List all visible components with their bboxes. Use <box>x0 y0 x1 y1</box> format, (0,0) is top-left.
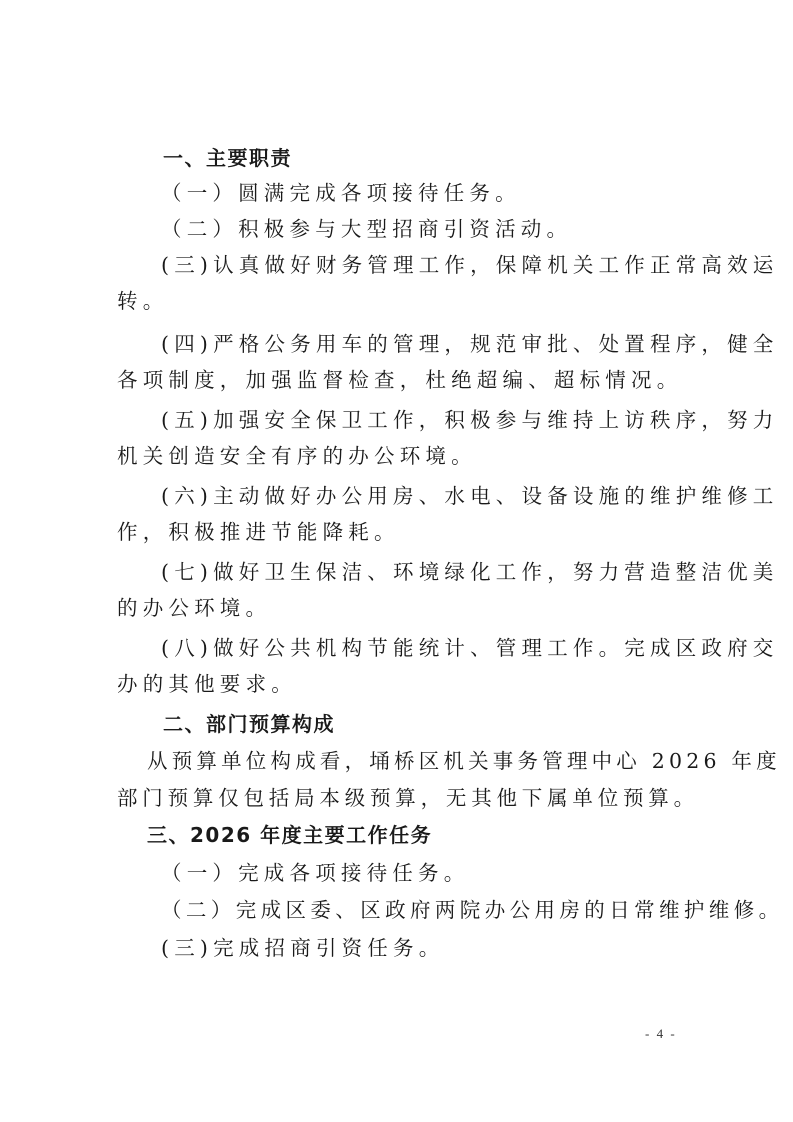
paragraph-budget-line-2: 部门预算仅包括局本级预算，无其他下属单位预算。 <box>117 782 699 814</box>
paragraph-duty-5-line-2: 机关创造安全有序的办公环境。 <box>117 440 477 472</box>
paragraph-duty-4-line-2: 各项制度，加强监督检查，杜绝超编、超标情况。 <box>117 364 682 396</box>
paragraph-duty-6-line-1: (六)主动做好办公用房、水电、设备设施的维护维修工 <box>161 480 779 512</box>
section-heading-budget: 二、部门预算构成 <box>163 708 335 740</box>
section-heading-duties: 一、主要职责 <box>163 142 292 174</box>
paragraph-duty-5-line-1: (五)加强安全保卫工作，积极参与维持上访秩序，努力 <box>161 404 779 436</box>
page-number: - 4 - <box>645 1026 677 1042</box>
document-page: 一、主要职责 （一）圆满完成各项接待任务。 （二）积极参与大型招商引资活动。 (… <box>0 0 793 1122</box>
paragraph-duty-8-line-2: 办的其他要求。 <box>117 668 297 700</box>
paragraph-duty-6-line-2: 作，积极推进节能降耗。 <box>117 516 400 548</box>
paragraph-duty-3-line-2: 转。 <box>117 285 168 317</box>
paragraph-task-3: (三)完成招商引资任务。 <box>161 932 444 964</box>
paragraph-duty-4-line-1: (四)严格公务用车的管理，规范审批、处置程序，健全 <box>161 328 779 360</box>
paragraph-duty-2: （二）积极参与大型招商引资活动。 <box>161 213 572 245</box>
paragraph-duty-8-line-1: (八)做好公共机构节能统计、管理工作。完成区政府交 <box>161 632 779 664</box>
paragraph-task-2: （二）完成区委、区政府两院办公用房的日常维护维修。 <box>161 894 784 926</box>
paragraph-duty-3-line-1: (三)认真做好财务管理工作，保障机关工作正常高效运 <box>161 249 779 281</box>
section-heading-tasks: 三、2026 年度主要工作任务 <box>147 819 432 851</box>
paragraph-duty-7-line-2: 的办公环境。 <box>117 592 271 624</box>
paragraph-duty-7-line-1: (七)做好卫生保洁、环境绿化工作，努力营造整洁优美 <box>161 556 779 588</box>
paragraph-budget-line-1: 从预算单位构成看，埇桥区机关事务管理中心 2026 年度 <box>147 745 781 777</box>
paragraph-task-1: （一）完成各项接待任务。 <box>161 857 469 889</box>
paragraph-duty-1: （一）圆满完成各项接待任务。 <box>161 177 521 209</box>
